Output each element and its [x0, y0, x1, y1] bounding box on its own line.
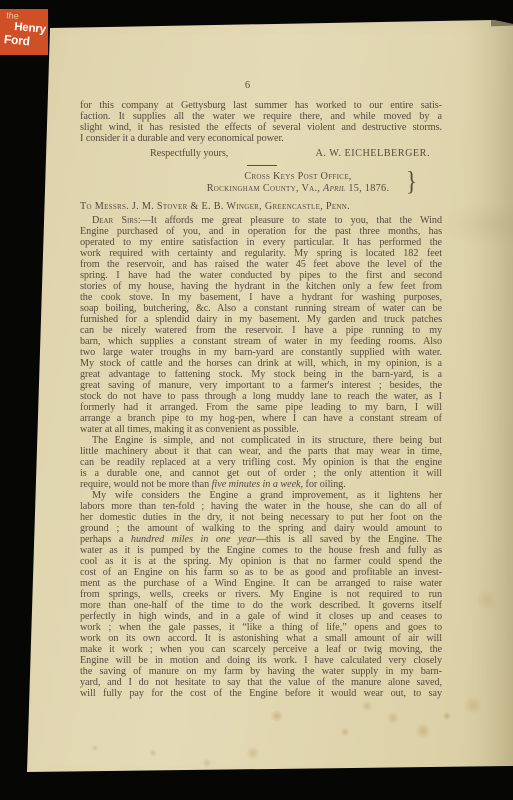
- text-line: I consider it a durable and very economi…: [80, 133, 442, 144]
- text-line: arrange a branch pipe to my hog-pen, whe…: [80, 413, 442, 424]
- section-divider-rule: [247, 165, 277, 166]
- block-para2: The Engine is simple, and not complicate…: [80, 435, 442, 490]
- text-line: ground ; the amount of walking to the sp…: [80, 523, 442, 534]
- text-line: stories of my house, having the hydrant …: [80, 281, 442, 292]
- text-line: can be nicely watered from the reservoir…: [80, 325, 442, 336]
- text-line: work on its own accord. It is astonishin…: [80, 633, 442, 644]
- text-line: soap boiling, butchering, &c. Also a con…: [80, 303, 442, 314]
- letterhead-block: Cross Keys Post Office,Rockingham County…: [80, 171, 442, 194]
- text-line: make it work ; when you can scarcely per…: [80, 644, 442, 655]
- page-corner-shadow: [491, 19, 513, 27]
- text-line: Cross Keys Post Office,: [153, 171, 443, 183]
- text-line: operated to my entire satisfaction in ev…: [80, 237, 442, 248]
- text-line: spring. I have had the water conducted b…: [80, 270, 442, 281]
- text-line: water as it is pumped by the Engine come…: [80, 545, 442, 556]
- henry-ford-logo-text: the Henry Ford: [1, 11, 48, 49]
- text-line: is a durable one, and cannot get out of …: [80, 468, 442, 479]
- text-line: for this company at Gettysburg last summ…: [80, 100, 442, 111]
- curly-brace: }: [406, 168, 417, 195]
- block-para1: Dear Sirs:—It affords me great pleasure …: [80, 215, 442, 435]
- block-salutation: To Messrs. J. M. Stover & E. B. Winger, …: [80, 201, 442, 212]
- text-line: Engine will be in motion and doing its w…: [80, 655, 442, 666]
- text-line: work ; when the gale passes, it “like a …: [80, 622, 442, 633]
- text-line: perfectly in high winds, and in a gale o…: [80, 611, 442, 622]
- text-line: formerly had it arranged. From the same …: [80, 402, 442, 413]
- text-line: can be readily replaced at a very trifli…: [80, 457, 442, 468]
- document-page: 6 for this company at Gettysburg last su…: [0, 0, 513, 800]
- text-line: yard, and I do not hesitate to say that …: [80, 677, 442, 688]
- text-line: barn, which supplies a constant stream o…: [80, 336, 442, 347]
- text-line: stock do not have to pass through a long…: [80, 391, 442, 402]
- text-line: two large water troughs in my barn-yard …: [80, 347, 442, 358]
- text-line: the saving of manure on my farm by havin…: [80, 666, 442, 677]
- text-line: the cook stove. In my basement, I have a…: [80, 292, 442, 303]
- text-line: To Messrs. J. M. Stover & E. B. Winger, …: [80, 201, 442, 212]
- text-line: from springs, wells, creeks or rivers. M…: [80, 589, 442, 600]
- henry-ford-logo: the Henry Ford: [0, 9, 48, 55]
- text-line: slight wind, it has resisted the effects…: [80, 122, 442, 133]
- text-line: great advantage to fattening stock. My s…: [80, 369, 442, 380]
- text-line: great saving of manure, very important t…: [80, 380, 442, 391]
- block-address: Cross Keys Post Office,Rockingham County…: [153, 171, 443, 194]
- text-line: cool as it is at the spring. My opinion …: [80, 556, 442, 567]
- text-line: her domestic duties in the dry, it not b…: [80, 512, 442, 523]
- text-line: water at all times, making it as conveni…: [80, 424, 442, 435]
- text-line: faction. It supplies all the water we re…: [80, 111, 442, 122]
- text-line: Rockingham County, Va., April 15, 1876.: [153, 183, 443, 195]
- block-intro: for this company at Gettysburg last summ…: [80, 100, 442, 144]
- text-line: ment as the purchase of a Wind Engine. I…: [80, 578, 442, 589]
- text-line: Dear Sirs:—It affords me great pleasure …: [80, 215, 442, 226]
- text-line: will fully pay for the cost of the Engin…: [80, 688, 442, 699]
- block-para3: My wife considers the Engine a grand imp…: [80, 490, 442, 699]
- text-line: from the reservoir, and has raised the w…: [80, 259, 442, 270]
- text-line: Engine purchased of you, and in operatio…: [80, 226, 442, 237]
- text-line: require, would not be more than five min…: [80, 479, 442, 490]
- signature-name: A. W. EICHELBERGER.: [316, 148, 431, 159]
- text-line: perhaps a hundred miles in one year—this…: [80, 534, 442, 545]
- text-line: labors more than ten-fold ; having the w…: [80, 501, 442, 512]
- text-line: more than one-half of the time to do the…: [80, 600, 442, 611]
- text-line: cost of an Engine on his farm so as to b…: [80, 567, 442, 578]
- text-line: little machinery about it that can wear,…: [80, 446, 442, 457]
- text-line: furnished for a splendid dairy in my bas…: [80, 314, 442, 325]
- page-number: 6: [80, 80, 415, 91]
- text-line: My stock of cattle and the horses can dr…: [80, 358, 442, 369]
- text-line: The Engine is simple, and not complicate…: [80, 435, 442, 446]
- signature-row: Respectfully yours, A. W. EICHELBERGER.: [80, 148, 442, 159]
- text-column: for this company at Gettysburg last summ…: [80, 100, 442, 699]
- text-line: work required with certainty and regular…: [80, 248, 442, 259]
- signature-closing: Respectfully yours,: [150, 148, 228, 159]
- text-line: My wife considers the Engine a grand imp…: [80, 490, 442, 501]
